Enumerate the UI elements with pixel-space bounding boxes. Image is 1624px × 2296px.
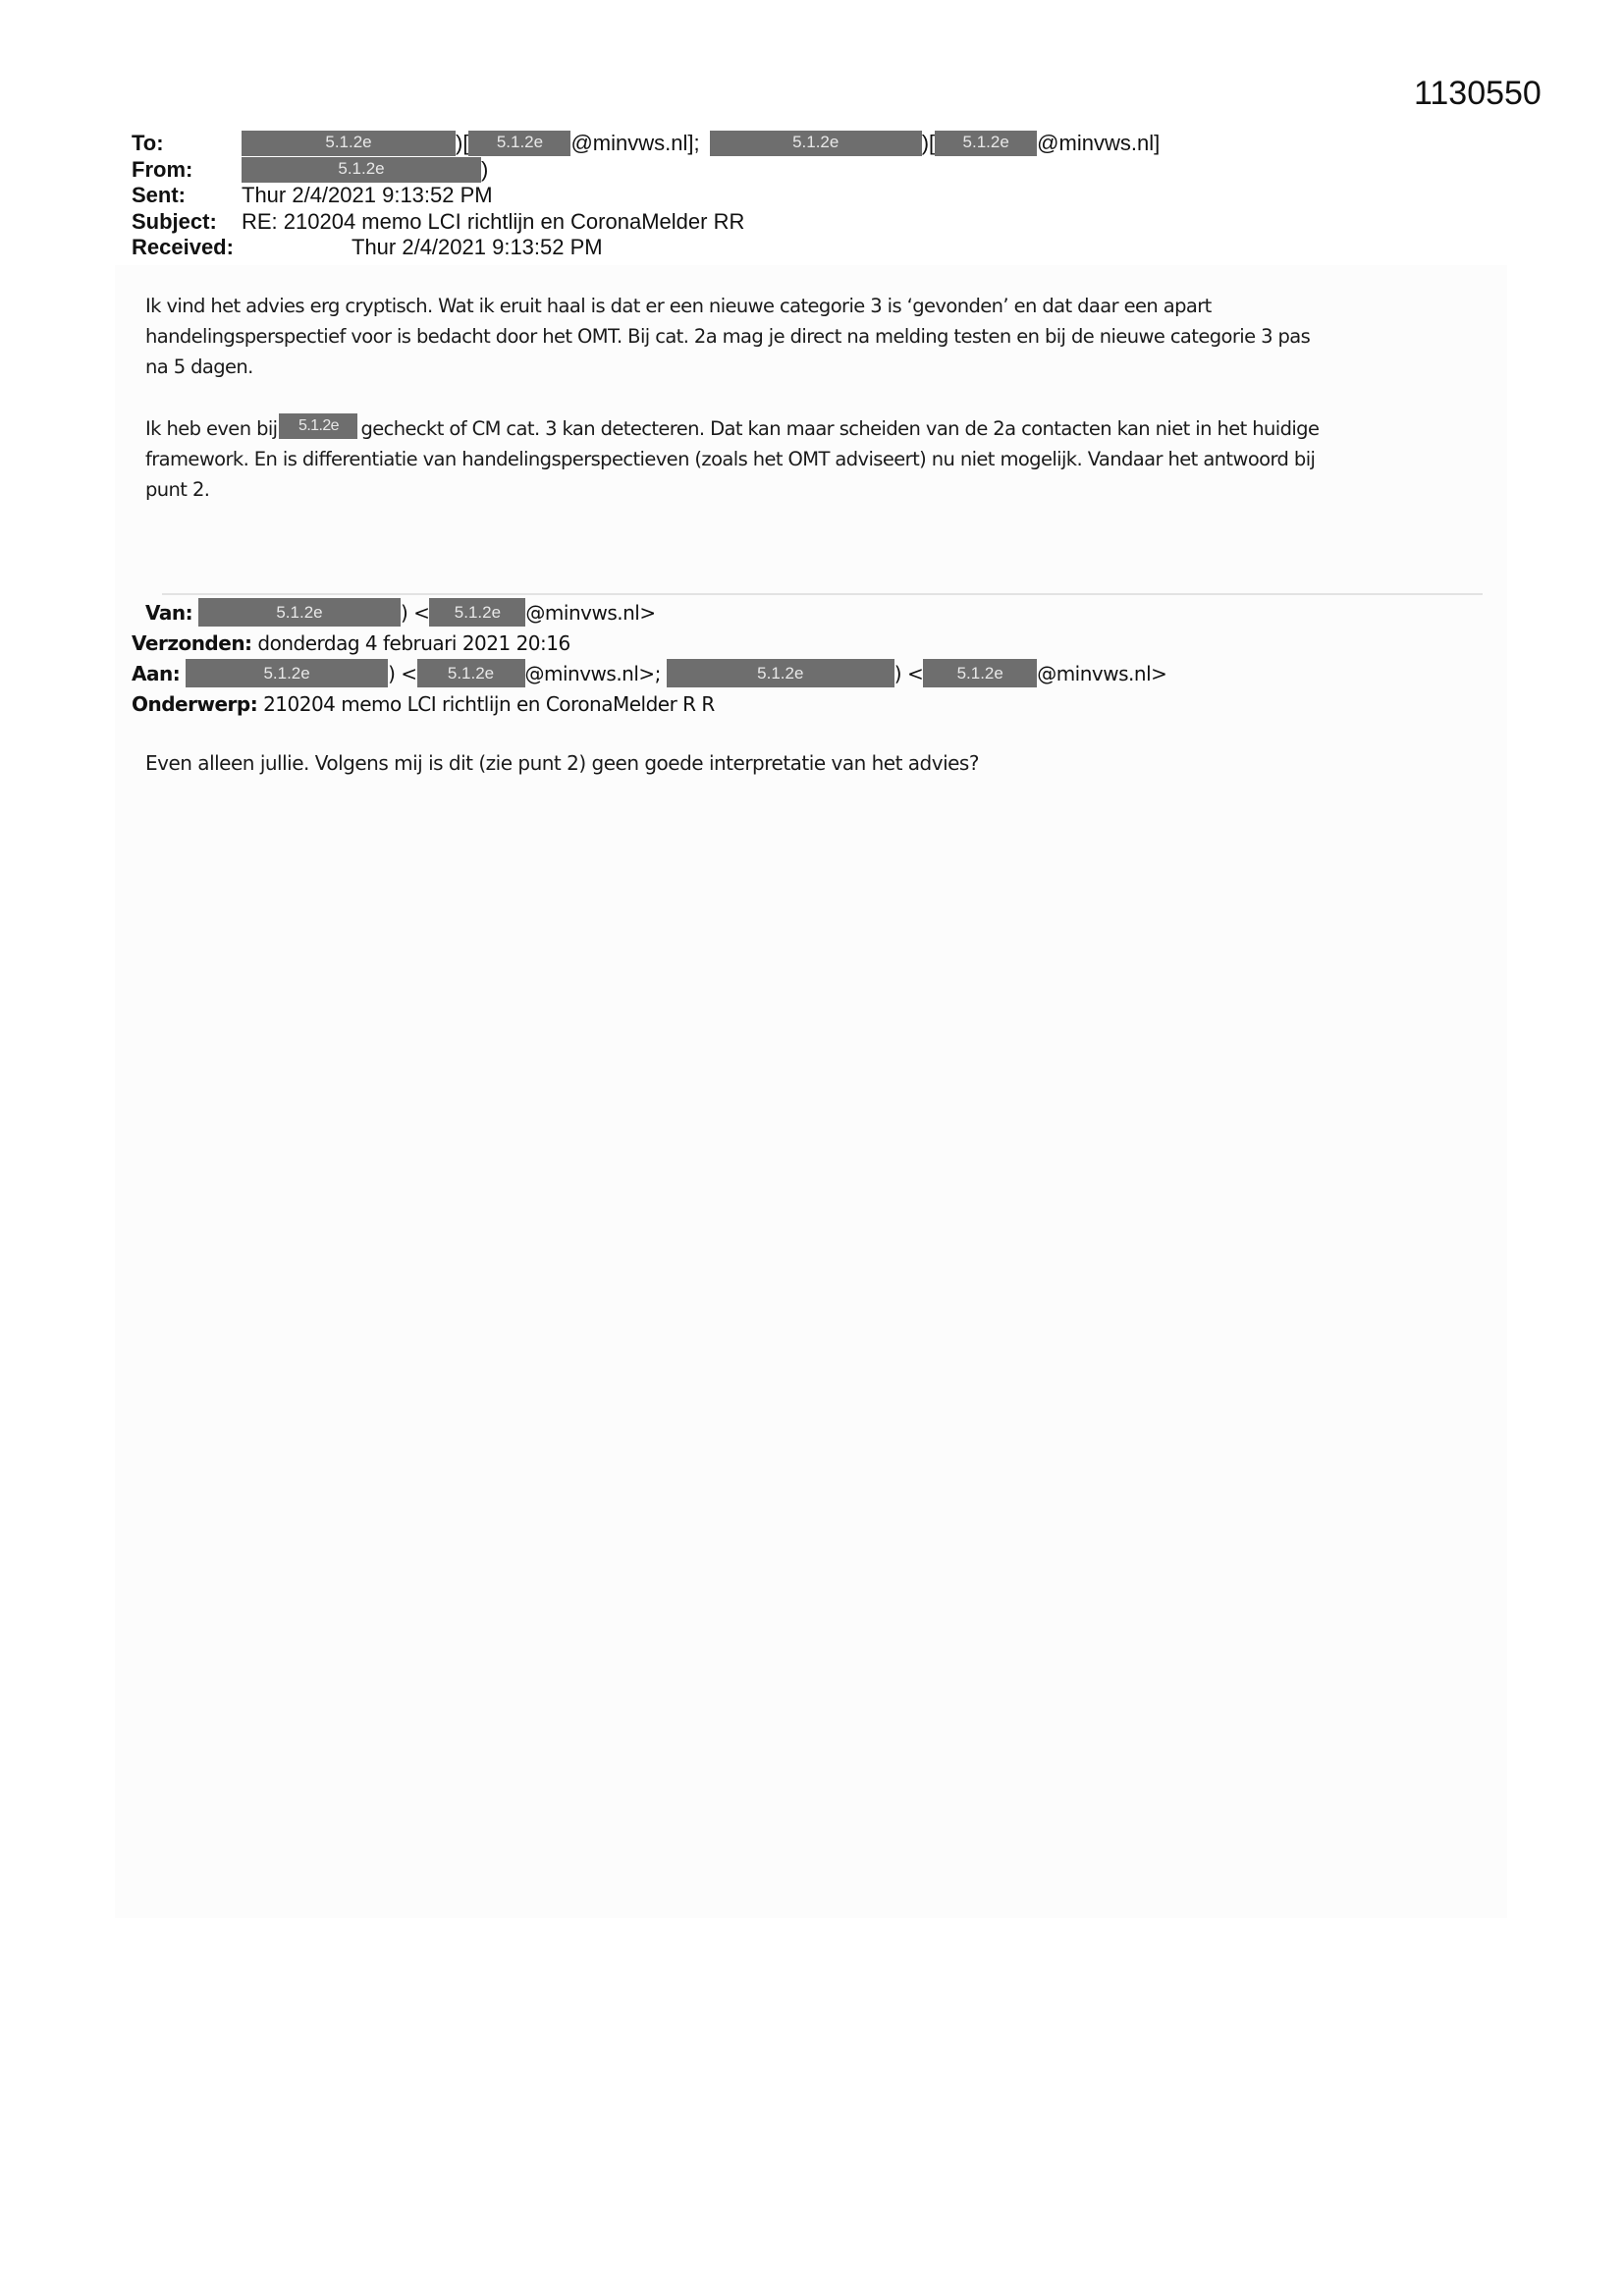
to-value: 5.1.2e)[5.1.2e@minvws.nl]; 5.1.2e)[5.1.2…	[242, 131, 1160, 157]
text-line: Ik vind het advies erg cryptisch. Wat ik…	[145, 291, 1490, 321]
reply-paragraph-2: Ik heb even bij5.1.2egecheckt of CM cat.…	[145, 413, 1490, 505]
sent-label: Sent:	[132, 183, 186, 209]
separator-text: )[	[922, 131, 935, 155]
reply-paragraph-1: Ik vind het advies erg cryptisch. Wat ik…	[145, 291, 1490, 382]
van-label: Van:	[145, 601, 192, 625]
email-domain: @minvws.nl];	[570, 131, 699, 155]
text-line: Ik heb even bij5.1.2egecheckt of CM cat.…	[145, 413, 1490, 444]
verzonden-value: donderdag 4 februari 2021 20:16	[257, 631, 569, 655]
divider	[162, 593, 1483, 595]
from-row: From: 5.1.2e)	[132, 157, 1408, 184]
text-line: punt 2.	[145, 474, 1490, 505]
from-value: 5.1.2e)	[242, 157, 488, 184]
aan-row: Aan: 5.1.2e) <5.1.2e@minvws.nl>; 5.1.2e)…	[132, 659, 1408, 689]
verzonden-label: Verzonden:	[132, 631, 252, 655]
subject-label: Subject:	[132, 209, 217, 236]
redaction-box: 5.1.2e	[417, 659, 525, 687]
redaction-box: 5.1.2e	[935, 131, 1037, 156]
to-label: To:	[132, 131, 164, 157]
subject-value: RE: 210204 memo LCI richtlijn en CoronaM…	[242, 209, 744, 236]
aan-label: Aan:	[132, 662, 180, 685]
redaction-box: 5.1.2e	[242, 131, 456, 156]
document-number: 1130550	[1414, 75, 1542, 113]
redaction-box: 5.1.2e	[186, 659, 388, 687]
email-domain: @minvws.nl>	[1037, 662, 1166, 685]
received-row: Received: Thur 2/4/2021 9:13:52 PM	[132, 235, 1408, 261]
separator-text: ) <	[894, 662, 923, 685]
separator-text: ) <	[388, 662, 416, 685]
redaction-box: 5.1.2e	[198, 598, 401, 627]
onderwerp-value: 210204 memo LCI richtlijn en CoronaMelde…	[263, 692, 715, 716]
redaction-box: 5.1.2e	[279, 413, 357, 439]
redaction-box: 5.1.2e	[667, 659, 894, 687]
separator-text: ) <	[401, 601, 429, 625]
forwarded-header: Van: 5.1.2e) <5.1.2e@minvws.nl> Verzonde…	[132, 598, 1408, 720]
redaction-box: 5.1.2e	[923, 659, 1037, 687]
redaction-box: 5.1.2e	[242, 157, 481, 183]
verzonden-row: Verzonden: donderdag 4 februari 2021 20:…	[132, 629, 1408, 659]
email-domain: @minvws.nl]	[1037, 131, 1160, 155]
email-domain: @minvws.nl>;	[525, 662, 661, 685]
onderwerp-row: Onderwerp: 210204 memo LCI richtlijn en …	[132, 689, 1408, 720]
text-line: framework. En is differentiatie van hand…	[145, 444, 1490, 474]
email-domain: @minvws.nl>	[525, 601, 655, 625]
text-fragment: gecheckt of CM cat. 3 kan detecteren. Da…	[360, 417, 1319, 440]
text-line: na 5 dagen.	[145, 352, 1490, 382]
sent-value: Thur 2/4/2021 9:13:52 PM	[242, 183, 493, 209]
email-header: To: 5.1.2e)[5.1.2e@minvws.nl]; 5.1.2e)[5…	[132, 131, 1408, 261]
forwarded-message: Even alleen jullie. Volgens mij is dit (…	[145, 751, 1422, 775]
text-line: handelingsperspectief voor is bedacht do…	[145, 321, 1490, 352]
separator-text: )	[481, 157, 488, 182]
text-fragment: Ik heb even bij	[145, 417, 277, 440]
received-value: Thur 2/4/2021 9:13:52 PM	[352, 235, 603, 261]
redaction-box: 5.1.2e	[429, 598, 525, 627]
message-body-area	[115, 265, 1507, 1918]
to-row: To: 5.1.2e)[5.1.2e@minvws.nl]; 5.1.2e)[5…	[132, 131, 1408, 157]
received-label: Received:	[132, 235, 234, 261]
redaction-box: 5.1.2e	[710, 131, 922, 156]
separator-text: )[	[456, 131, 468, 155]
from-label: From:	[132, 157, 192, 184]
redaction-box: 5.1.2e	[468, 131, 570, 156]
onderwerp-label: Onderwerp:	[132, 692, 257, 716]
subject-row: Subject: RE: 210204 memo LCI richtlijn e…	[132, 209, 1408, 236]
van-row: Van: 5.1.2e) <5.1.2e@minvws.nl>	[132, 598, 1408, 629]
sent-row: Sent: Thur 2/4/2021 9:13:52 PM	[132, 183, 1408, 209]
